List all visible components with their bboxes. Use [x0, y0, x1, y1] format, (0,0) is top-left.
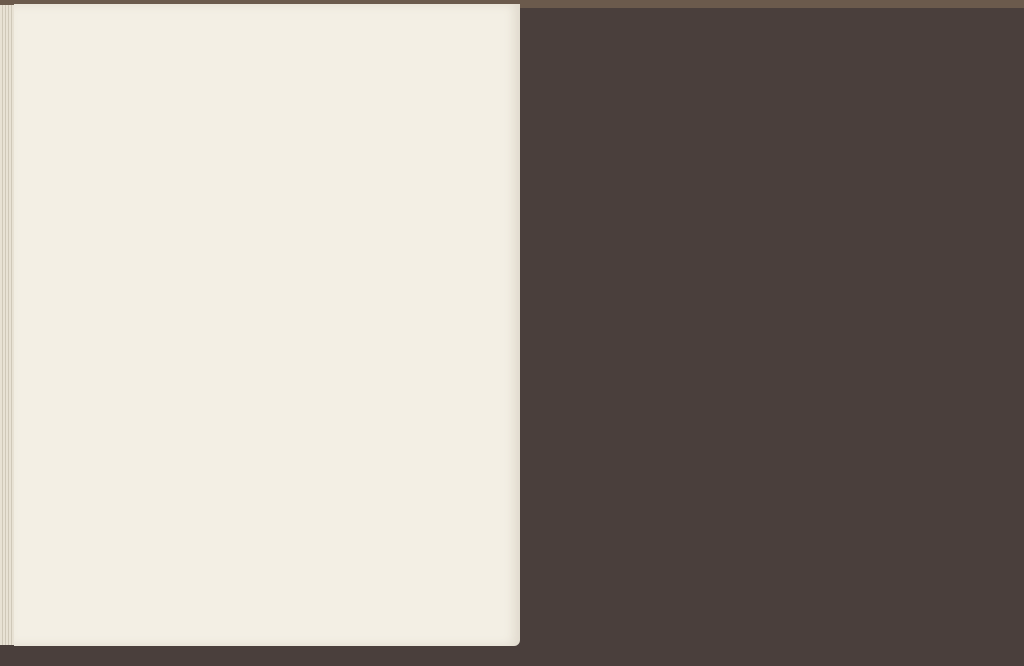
left-page [14, 4, 520, 646]
